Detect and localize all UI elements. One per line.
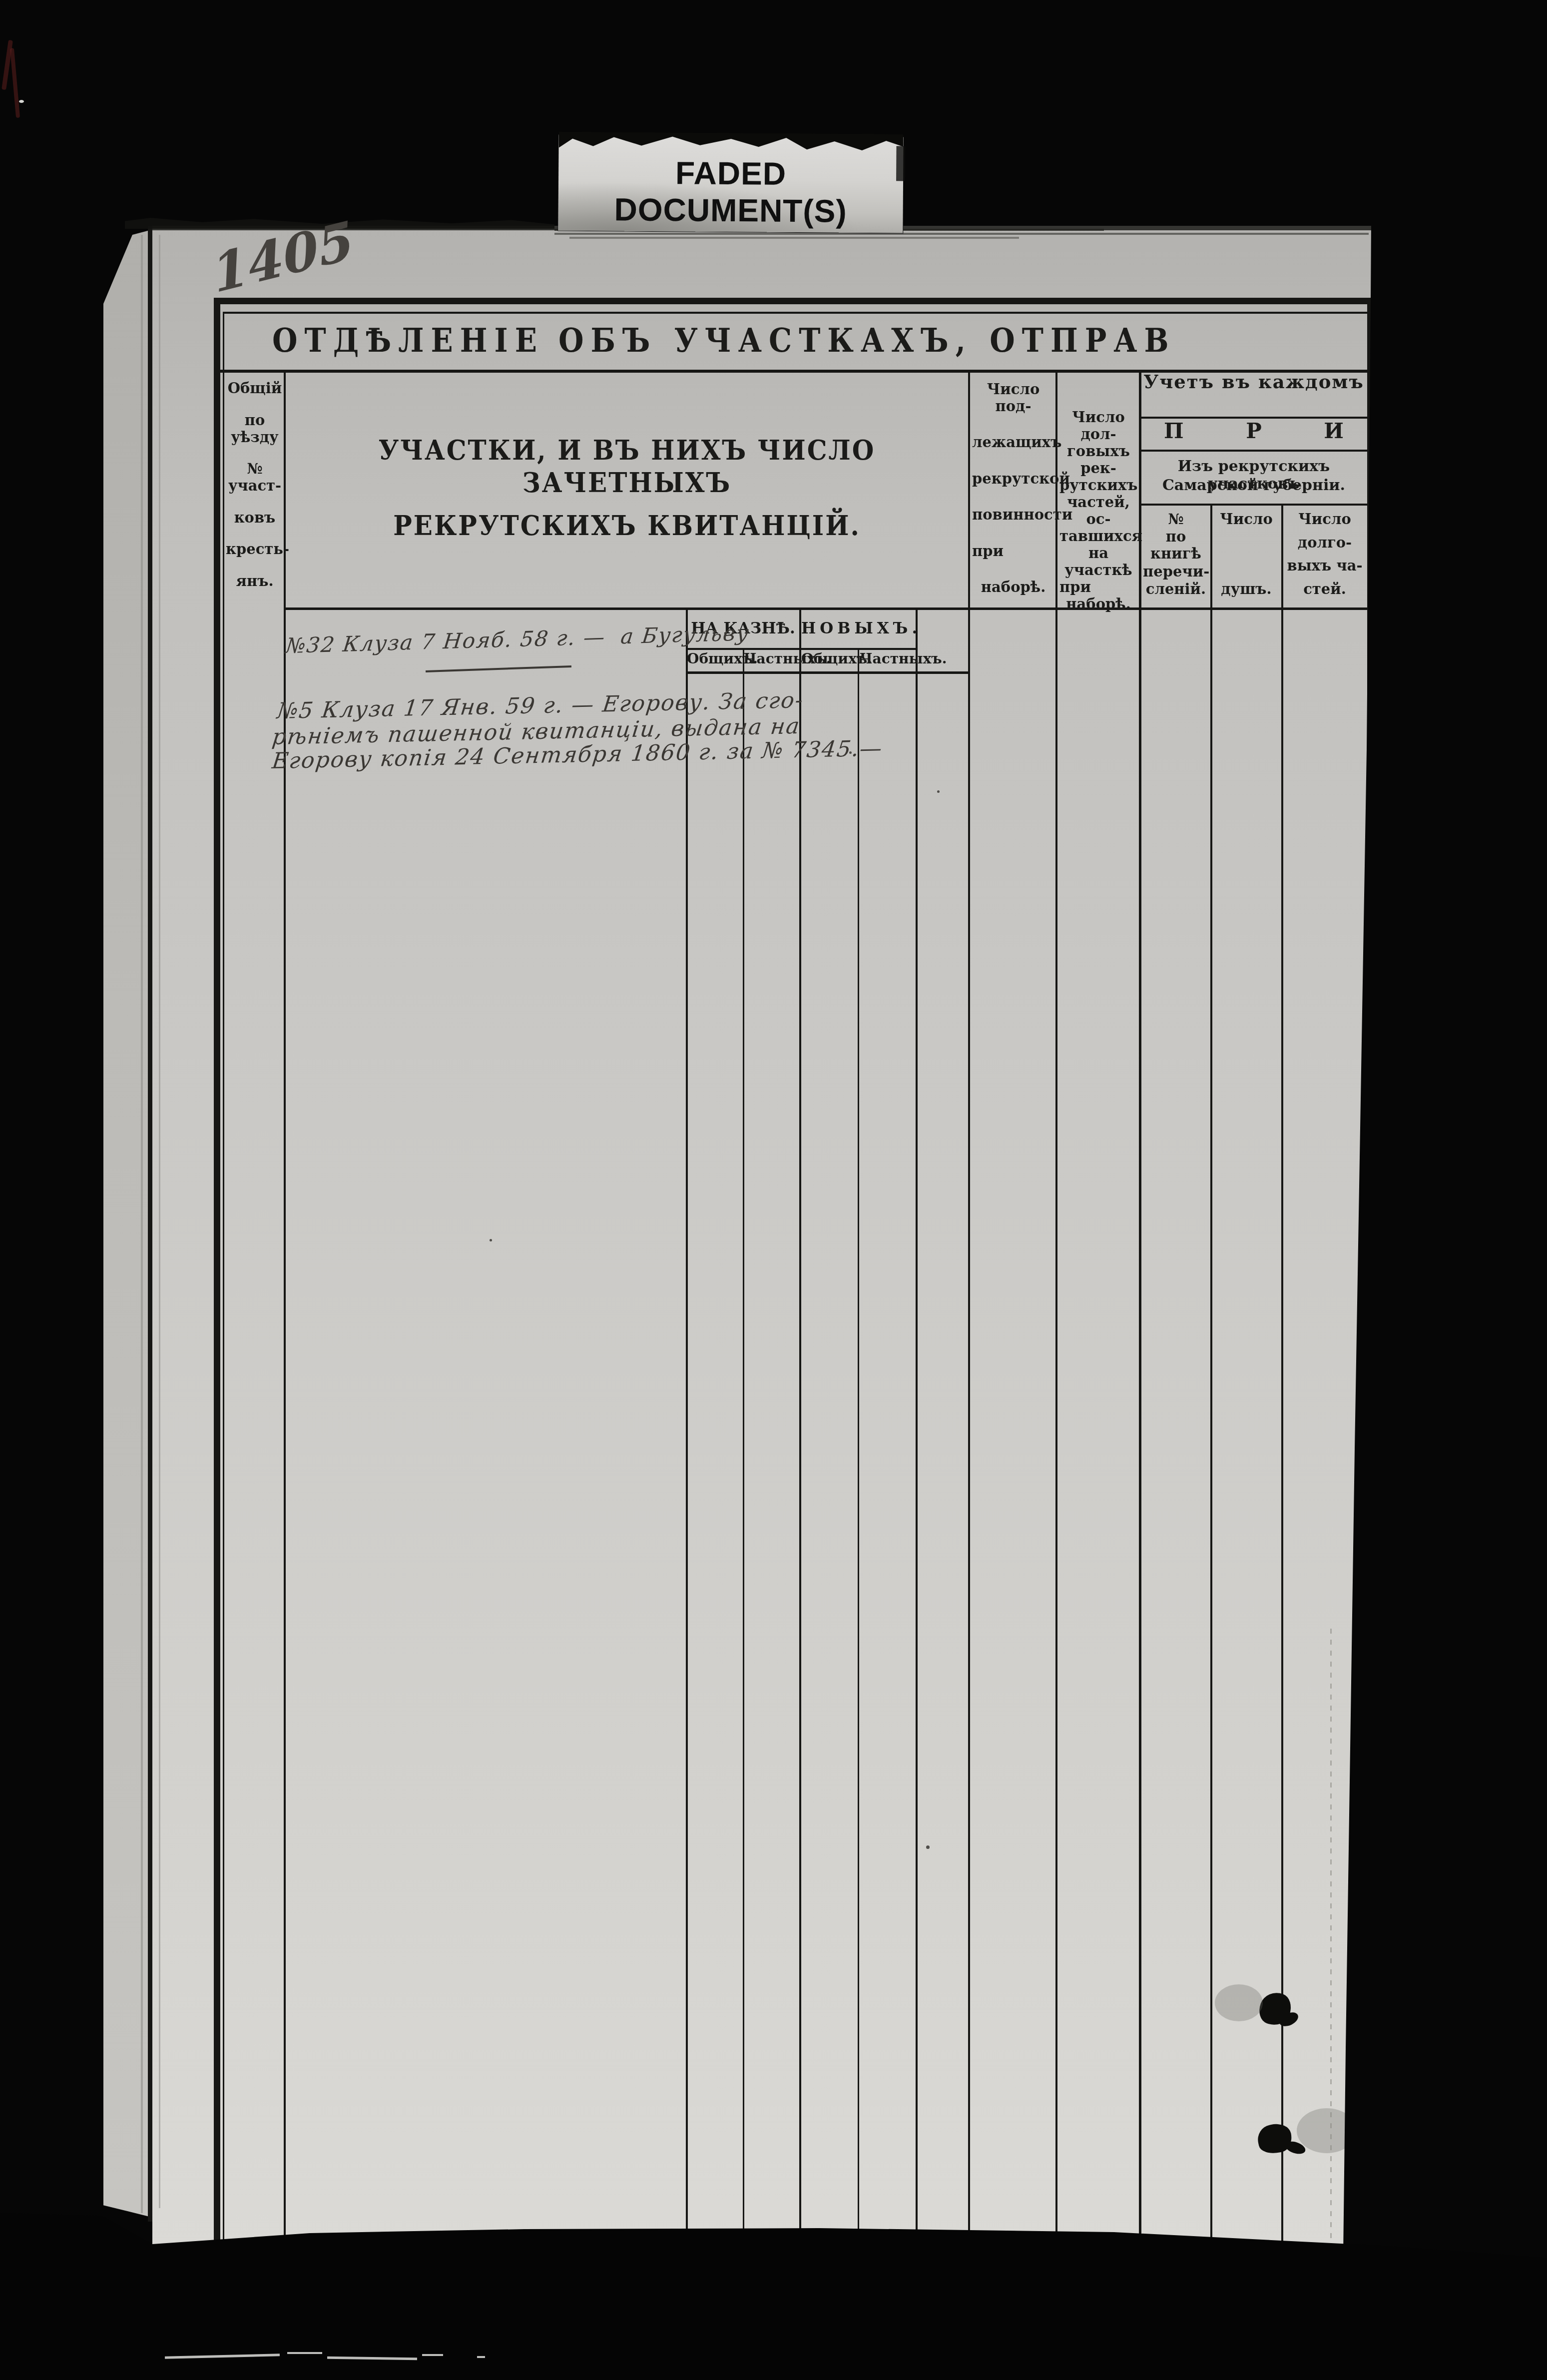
col-divider-kniga-dushi (1210, 504, 1212, 2246)
column-header-uchastki-line1: УЧАСТКИ, И ВЪ НИХЪ ЧИСЛО ЗАЧЕТНЫХЪ (286, 434, 968, 499)
pri-letter: И (1324, 419, 1344, 443)
pri-letter: Р (1246, 419, 1262, 443)
table-top-inner-border (223, 312, 1371, 314)
uezd-line: кресть- (226, 541, 284, 558)
column-header-dolgovykh: Число дол- говыхъ рек- рутскихъ частей, … (1059, 409, 1137, 594)
paper-speck (937, 790, 940, 793)
scratch-streak (327, 2357, 417, 2361)
paper-speck (849, 751, 852, 754)
subcolumn-header-chasti: Число долго- выхъ ча- стей. (1284, 511, 1365, 597)
section-title-part1: ОТДѢЛЕНІЕ (272, 322, 544, 360)
scratch-streak (165, 2354, 280, 2359)
column-header-uezd: Общій по уѣзду № участ- ковъ кресть- янъ… (226, 380, 284, 590)
underlying-sheet-edge (103, 230, 151, 2217)
subheader-bottom-border (686, 671, 968, 674)
scratch-streak (477, 2356, 485, 2358)
header-bottom-border (284, 607, 1371, 610)
label-top-smudge (558, 132, 903, 157)
uchet-divider-3 (1140, 504, 1371, 506)
scratch-streak (287, 2352, 322, 2354)
col-divider-dushi-chasti (1281, 504, 1283, 2246)
dolg-line: частей, ос- (1059, 494, 1137, 528)
ink-smear (1297, 2108, 1357, 2153)
kniga-line: № (1143, 511, 1209, 528)
col-divider-novykh-right (916, 607, 918, 2246)
faded-document-label-text: FADED DOCUMENT(S) (558, 154, 903, 230)
col-divider-podlezh-left (968, 370, 970, 2246)
col-divider-kazne-mid (743, 648, 744, 2246)
uezd-line: по уѣзду (226, 412, 284, 446)
subheader-obshchikh-2: Общихъ. (801, 650, 858, 667)
uchet-divider-2 (1140, 450, 1371, 452)
kniga-line: по книгѣ (1143, 528, 1209, 562)
group-header-iz-uchastkov-line2: Самарской губерніи. (1140, 477, 1368, 494)
page-left-edge-line (159, 235, 160, 2208)
uezd-line: ковъ (226, 509, 284, 526)
edge-scratch-line (569, 237, 1019, 239)
col-divider-dolg-left (1055, 370, 1057, 2246)
col-divider-novykh-mid (858, 648, 859, 2246)
table-top-border (214, 298, 1371, 304)
dolg-line: при (1059, 579, 1137, 595)
kniga-line: сленій. (1143, 581, 1209, 597)
table-left-inner-border (223, 312, 224, 2245)
dolg-line: на участкѣ (1059, 545, 1137, 579)
dushi-line: Число (1213, 511, 1279, 528)
dushi-line: душъ. (1213, 581, 1279, 597)
podlezh-line: рекрутской (972, 470, 1054, 487)
col-divider-uchet-left (1139, 370, 1141, 2246)
subcolumn-header-dushi: Число душъ. (1213, 511, 1279, 597)
dolg-line: наборѣ. (1059, 595, 1137, 612)
ink-smear (1215, 1984, 1263, 2021)
table-right-border (1367, 298, 1371, 2246)
dolg-line: Число дол- (1059, 409, 1137, 443)
red-pencil-mark (10, 48, 20, 118)
uezd-line: № участ- (226, 460, 284, 494)
section-title-part2: ОБЪ УЧАСТКАХЪ, ОТПРАВ (558, 322, 1176, 360)
page-edge-dotted-line (1330, 1629, 1332, 2253)
dolg-line: тавшихся (1059, 528, 1137, 545)
podlezh-line: повинности (972, 506, 1054, 523)
white-speck (19, 100, 24, 103)
dolg-line: говыхъ рек- (1059, 443, 1137, 477)
kniga-line: перечи- (1143, 563, 1209, 580)
podlezh-line: лежащихъ (972, 434, 1054, 451)
podlezh-line: Число под- (972, 381, 1054, 415)
sheet-edge-line (141, 235, 143, 2213)
subcolumn-header-kniga: № по книгѣ перечи- сленій. (1143, 511, 1209, 597)
faded-document-label: FADED DOCUMENT(S) (558, 135, 903, 233)
scanned-document-photo: v FADED DOCUMENT(S) 1405 ОТДѢЛЕНІЕ ОБЪ У… (0, 0, 1547, 2380)
group-header-pri: П Р И (1164, 419, 1344, 443)
dolg-line: рутскихъ (1059, 477, 1137, 494)
group-header-uchet: Учетъ въ каждомъ (1140, 371, 1368, 393)
chasti-line: долго- (1284, 534, 1365, 551)
column-header-podlezhashchikh: Число под- лежащихъ рекрутской повинност… (972, 381, 1054, 595)
kazne-bottom-border (686, 648, 917, 650)
chasti-line: выхъ ча- (1284, 557, 1365, 574)
col-divider-kazne-novykh (799, 607, 801, 2246)
subheader-obshchikh-1: Общихъ. (687, 650, 743, 667)
paper-speck (926, 1845, 930, 1849)
chasti-line: Число (1284, 511, 1365, 528)
column-header-uchastki-line2: РЕКРУТСКИХЪ КВИТАНЦІЙ. (286, 509, 968, 542)
entry1-underlined-text: а Бугульву (619, 620, 751, 648)
podlezh-line: наборѣ. (972, 579, 1054, 595)
pri-letter: П (1164, 419, 1184, 443)
subheader-chastnykh-2: Частныхъ. (860, 650, 916, 667)
chasti-line: стей. (1284, 581, 1365, 597)
uezd-line: янъ. (226, 573, 284, 590)
subheader-chastnykh-1: Частныхъ. (744, 650, 799, 667)
subheader-novykh: НОВЫХЪ. (801, 619, 916, 637)
podlezh-line: при (972, 543, 1054, 560)
scratch-streak (422, 2354, 443, 2356)
uezd-line: Общій (226, 380, 284, 397)
paper-speck (490, 1239, 492, 1241)
edge-scratch-line (554, 233, 1369, 235)
table-left-border (214, 298, 220, 2246)
col-divider-kazne-left (686, 607, 688, 2246)
